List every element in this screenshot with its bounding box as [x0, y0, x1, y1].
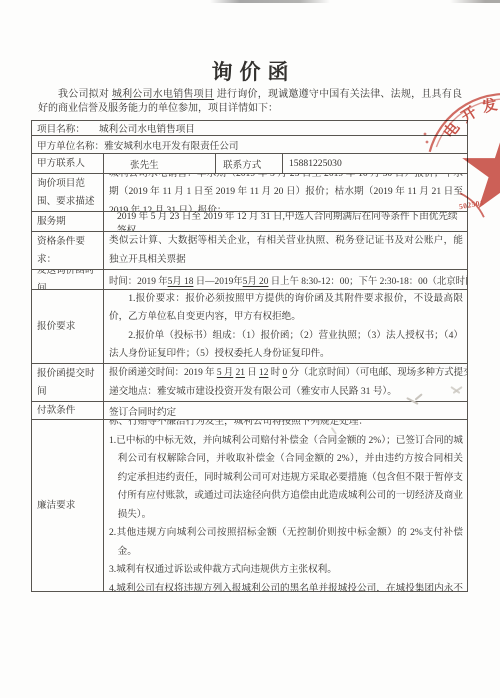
service-period-label: 服务期	[32, 212, 104, 231]
party-a-label: 甲方单位名称：	[37, 138, 104, 152]
table-row-service-period: 服务期 2019 年 5 月 23 日至 2019 年 12 月 31 日,中选…	[32, 211, 467, 231]
integrity-item-4: 4.城利公司有权将违规方列入报城利公司的黑名单并报城投公司，在城投集团内永不合作…	[109, 580, 463, 592]
table-row-project-name: 项目名称： 城利公司水电销售项目	[32, 121, 467, 135]
seal-code-number: 502501	[458, 198, 485, 211]
intro-project-name-underlined: 城利公司水电销售项目	[112, 89, 214, 100]
table-row-payment-terms: 付款条件 签订合同时约定	[32, 401, 467, 419]
table-row-contact: 甲方联系人 张先生 联系方式 15881225030	[32, 153, 467, 173]
send-time-value-cell: 时间：2019 年5月 18 日—2019年5月 20 日上午 8:30-12：…	[104, 270, 467, 289]
submit-time-seg: 报价函递交时间：2019 年	[109, 368, 217, 378]
quote-requirements-cell: 1.报价要求：报价必须按照甲方提供的询价函及其附件要求报价，不设最高限价，乙方单…	[104, 290, 467, 363]
qualification-value-cell: 类似云计算、大数据等相关企业，有相关营业执照、税务登记证书及对公账户，能独立开具…	[104, 232, 467, 269]
scope-value-cell: 城利公司水电销售：丰水期（2019 年 5 月 23 日至 2019 年 10 …	[104, 174, 467, 211]
send-time-label: 发送询价函时间	[32, 270, 104, 289]
submit-time-seg: 分（北京时间）（可电邮、现场多种方式提交）。	[287, 368, 467, 378]
integrity-label: 廉洁要求	[32, 420, 104, 591]
table-row-party-a: 甲方单位名称： 雅安城利水电开发有限责任公司	[32, 135, 467, 153]
seal-star-icon	[462, 127, 500, 208]
submit-month-underlined: 5 月	[217, 368, 233, 378]
qualification-value: 类似云计算、大数据等相关企业，有相关营业执照、税务登记证书及对公账户，能独立开具…	[109, 232, 463, 269]
send-time-seg: 日上午 8:30-12：00；下午 2:30-18：00（北京时间）。	[268, 277, 467, 287]
intro-paragraph: 我公司拟对 城利公司水电销售项目 进行询价，现诚邀遵守中国有关法律、法规，且具有…	[38, 88, 462, 115]
integrity-item-3: 3.城利有权通过诉讼或仲裁方式向违规供方主张权利。	[109, 561, 463, 580]
qualification-label: 资格条件要求：	[32, 232, 104, 269]
scanned-document-page: 询价函 我公司拟对 城利公司水电销售项目 进行询价，现诚邀遵守中国有关法律、法规…	[0, 0, 500, 698]
contact-label: 甲方联系人	[32, 154, 104, 173]
project-name-cell: 项目名称： 城利公司水电销售项目	[32, 121, 467, 135]
seal-arc-char-1: 电	[440, 119, 463, 142]
table-row-quote-requirements: 报价要求 1.报价要求：报价必须按照甲方提供的询价函及其附件要求报价，不设最高限…	[32, 289, 467, 363]
document-title: 询价函	[0, 56, 500, 86]
integrity-intro: 各方应秉承公开、公平、公正的原则参与本次报价，过程如有围标、串标、陪标、行贿等不…	[109, 420, 463, 432]
inquiry-details-table: 项目名称： 城利公司水电销售项目 甲方单位名称： 雅安城利水电开发有限责任公司 …	[31, 120, 468, 592]
scope-label: 询价项目范围、要求描述	[32, 174, 104, 211]
submit-time-seg: 日	[245, 368, 259, 378]
send-time-value: 时间：2019 年5月 18 日—2019年5月 20 日上午 8:30-12：…	[109, 273, 463, 287]
table-row-submit-time: 报价函提交时间 报价函递交时间：2019 年 5 月 21 日 12 时 0 分…	[32, 363, 467, 401]
quote-requirements-label: 报价要求	[32, 290, 104, 363]
table-row-integrity: 廉洁要求 各方应秉承公开、公平、公正的原则参与本次报价，过程如有围标、串标、陪标…	[32, 419, 467, 591]
seal-ink-dot	[426, 141, 429, 144]
payment-terms-label: 付款条件	[32, 402, 104, 419]
scope-value: 城利公司水电销售：丰水期（2019 年 5 月 23 日至 2019 年 10 …	[109, 174, 463, 211]
submit-time-seg: 时	[268, 368, 282, 378]
company-seal-stamp: 电 开 发 502501	[415, 85, 500, 225]
integrity-item-1: 1.已中标的中标无效，并向城利公司赔付补偿金（合同金额的 2%）；已签订合同的城…	[109, 432, 463, 525]
intro-text-lead: 我公司拟对	[58, 89, 112, 100]
table-row-send-time: 发送询价函时间 时间：2019 年5月 18 日—2019年5月 20 日上午 …	[32, 269, 467, 289]
service-period-cell: 2019 年 5 月 23 日至 2019 年 12 月 31 日,中选人合同期…	[104, 212, 467, 231]
send-time-seg: 日—2019年	[193, 277, 242, 287]
table-row-qualification: 资格条件要求： 类似云计算、大数据等相关企业，有相关营业执照、税务登记证书及对公…	[32, 231, 467, 269]
submit-time-cell: 报价函递交时间：2019 年 5 月 21 日 12 时 0 分（北京时间）（可…	[104, 364, 467, 401]
submit-time-label: 报价函提交时间	[32, 364, 104, 401]
seal-ink-dot	[424, 133, 427, 136]
submit-day-underlined: 21	[236, 368, 245, 378]
party-a-value: 雅安城利水电开发有限责任公司	[104, 138, 238, 152]
send-time-end-date-underlined: 5月 20	[243, 277, 269, 287]
quote-requirement-item-2: 2.报价单（投标书）组成：（1）报价函；（2）营业执照；（3）法人授权书；（4）…	[109, 327, 463, 364]
quote-requirement-item-1: 1.报价要求：报价必须按照甲方提供的询价函及其附件要求报价，不设最高限价，乙方单…	[109, 290, 463, 327]
project-name-label: 项目名称：	[37, 121, 85, 135]
submit-time-line1: 报价函递交时间：2019 年 5 月 21 日 12 时 0 分（北京时间）（可…	[109, 364, 463, 383]
project-name-value: 城利公司水电销售项目	[99, 121, 195, 135]
send-time-seg: 时间：2019 年	[109, 277, 168, 287]
contact-name-value: 张先生	[104, 154, 216, 173]
payment-terms-value: 签订合同时约定	[109, 404, 463, 418]
contact-phone-label: 联系方式	[216, 154, 283, 173]
send-time-start-date-underlined: 5月 18	[168, 277, 194, 287]
integrity-cell: 各方应秉承公开、公平、公正的原则参与本次报价，过程如有围标、串标、陪标、行贿等不…	[104, 420, 467, 591]
scan-top-edge-artifact	[0, 0, 500, 3]
table-row-scope: 询价项目范围、要求描述 城利公司水电销售：丰水期（2019 年 5 月 23 日…	[32, 173, 467, 211]
integrity-item-2: 2.其他违规方向城利公司按照招标金额（无控制价则按中标金额）的 2%支付补偿金。	[109, 524, 463, 561]
service-period-value: 2019 年 5 月 23 日至 2019 年 12 月 31 日,中选人合同期…	[109, 212, 463, 231]
payment-terms-cell: 签订合同时约定	[104, 402, 467, 419]
party-a-cell: 甲方单位名称： 雅安城利水电开发有限责任公司	[32, 136, 467, 153]
